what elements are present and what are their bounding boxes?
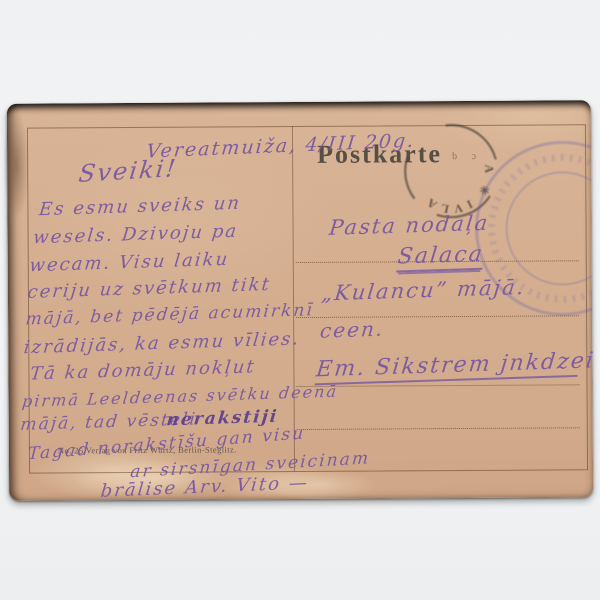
blue-postmark-inner-circle	[506, 172, 593, 285]
postcard: A ✳ IVLA Postkarte b ɔ No. 25 Verlag von…	[7, 100, 593, 501]
photo-background: A ✳ IVLA Postkarte b ɔ No. 25 Verlag von…	[0, 0, 600, 600]
address-place-line: Salaca	[396, 242, 485, 273]
postmark-marks: b ɔ	[452, 151, 482, 162]
address-honorific-line: ceen.	[319, 317, 386, 343]
message-greeting: Sveiki!	[77, 154, 179, 188]
